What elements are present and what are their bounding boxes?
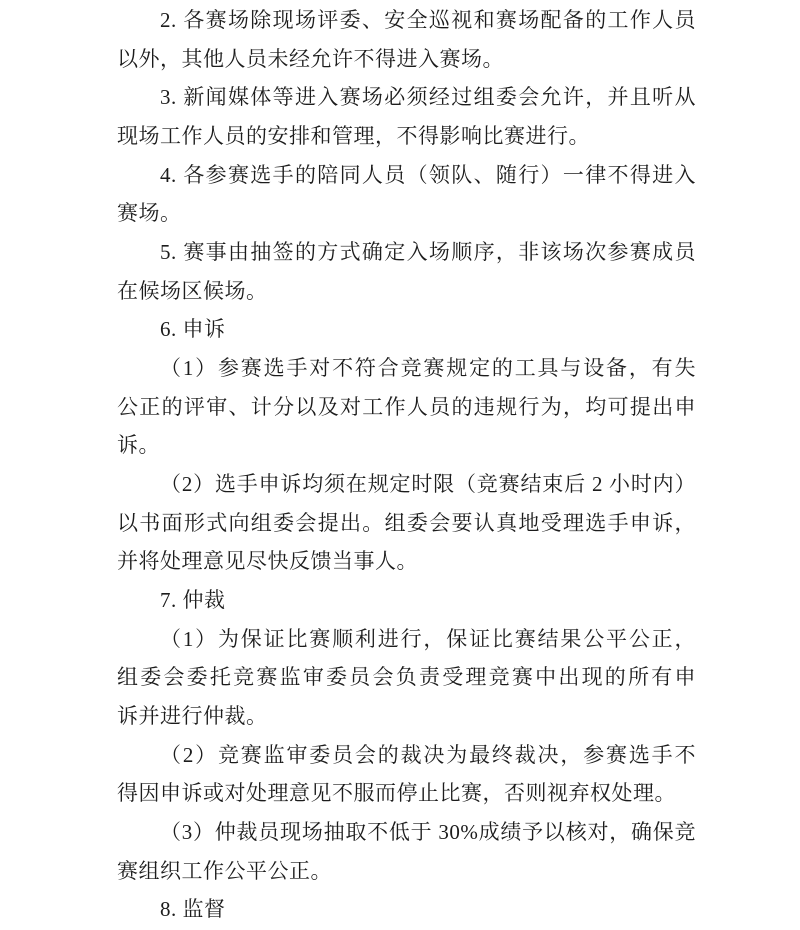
document-line: （2）选手申诉均须在规定时限（竞赛结束后 2 小时内） <box>117 465 696 504</box>
document-line: 3. 新闻媒体等进入赛场必须经过组委会允许，并且听从 <box>117 78 696 117</box>
document-line: 组委会委托竞赛监审委员会负责受理竞赛中出现的所有申 <box>117 658 696 697</box>
document-line: 5. 赛事由抽签的方式确定入场顺序，非该场次参赛成员 <box>117 233 696 272</box>
document-line: 赛场。 <box>117 194 696 233</box>
document-line: 7. 仲裁 <box>117 581 696 620</box>
document-line: 诉并进行仲裁。 <box>117 697 696 736</box>
document-line: 得因申诉或对处理意见不服而停止比赛，否则视弃权处理。 <box>117 774 696 813</box>
document-line: 公正的评审、计分以及对工作人员的违规行为，均可提出申 <box>117 388 696 427</box>
document-line: 6. 申诉 <box>117 310 696 349</box>
document-line: 并将处理意见尽快反馈当事人。 <box>117 542 696 581</box>
document-line: 2. 各赛场除现场评委、安全巡视和赛场配备的工作人员 <box>117 1 696 40</box>
document-line: （3）仲裁员现场抽取不低于 30%成绩予以核对，确保竞 <box>117 813 696 852</box>
document-line: 8. 监督 <box>117 890 696 929</box>
document-line: 诉。 <box>117 426 696 465</box>
document-line: 现场工作人员的安排和管理，不得影响比赛进行。 <box>117 117 696 156</box>
document-line: 以书面形式向组委会提出。组委会要认真地受理选手申诉， <box>117 504 696 543</box>
document-line: 赛组织工作公平公正。 <box>117 852 696 891</box>
document-page: 2. 各赛场除现场评委、安全巡视和赛场配备的工作人员以外，其他人员未经允许不得进… <box>0 0 800 930</box>
document-line: （1）参赛选手对不符合竞赛规定的工具与设备，有失 <box>117 349 696 388</box>
document-line: 以外，其他人员未经允许不得进入赛场。 <box>117 40 696 79</box>
document-line: 在候场区候场。 <box>117 272 696 311</box>
document-line: 4. 各参赛选手的陪同人员（领队、随行）一律不得进入 <box>117 156 696 195</box>
document-line: （2）竞赛监审委员会的裁决为最终裁决，参赛选手不 <box>117 736 696 775</box>
document-line: （1）为保证比赛顺利进行，保证比赛结果公平公正， <box>117 620 696 659</box>
document-body: 2. 各赛场除现场评委、安全巡视和赛场配备的工作人员以外，其他人员未经允许不得进… <box>117 1 696 929</box>
